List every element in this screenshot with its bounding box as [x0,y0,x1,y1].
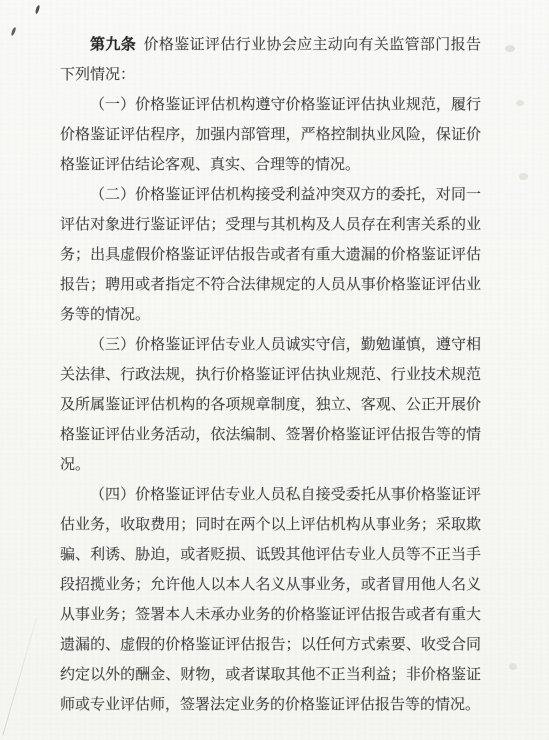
scan-smudge [516,100,524,106]
scanned-document-page: 第九条价格鉴证评估行业协会应主动向有关监管部门报告下列情况： （一）价格鉴证评估… [0,0,549,740]
scan-crease-line [2,618,37,736]
article-number-label: 第九条 [90,37,136,53]
scan-speck-icon [35,5,41,14]
scan-smudge [509,663,517,670]
clause-paragraph-2: （二）价格鉴证评估机构接受利益冲突双方的委托，对同一评估对象进行鉴证评估；受理与… [60,180,481,330]
document-body: 第九条价格鉴证评估行业协会应主动向有关监管部门报告下列情况： （一）价格鉴证评估… [60,30,481,720]
scan-smudge [505,45,515,52]
scan-smudge [517,716,529,724]
clause-paragraph-3: （三）价格鉴证评估专业人员诚实守信，勤勉谨慎，遵守相关法律、行政法规，执行价格鉴… [60,330,481,480]
clause-paragraph-4: （四）价格鉴证评估专业人员私自接受委托从事价格鉴证评估业务，收取费用；同时在两个… [60,480,481,720]
scan-speck-icon [10,27,16,36]
clause-paragraph-1: （一）价格鉴证评估机构遵守价格鉴证评估执业规范，履行价格鉴证评估程序，加强内部管… [60,90,481,180]
scan-smudge [519,173,528,180]
article-intro-paragraph: 第九条价格鉴证评估行业协会应主动向有关监管部门报告下列情况： [60,30,481,90]
